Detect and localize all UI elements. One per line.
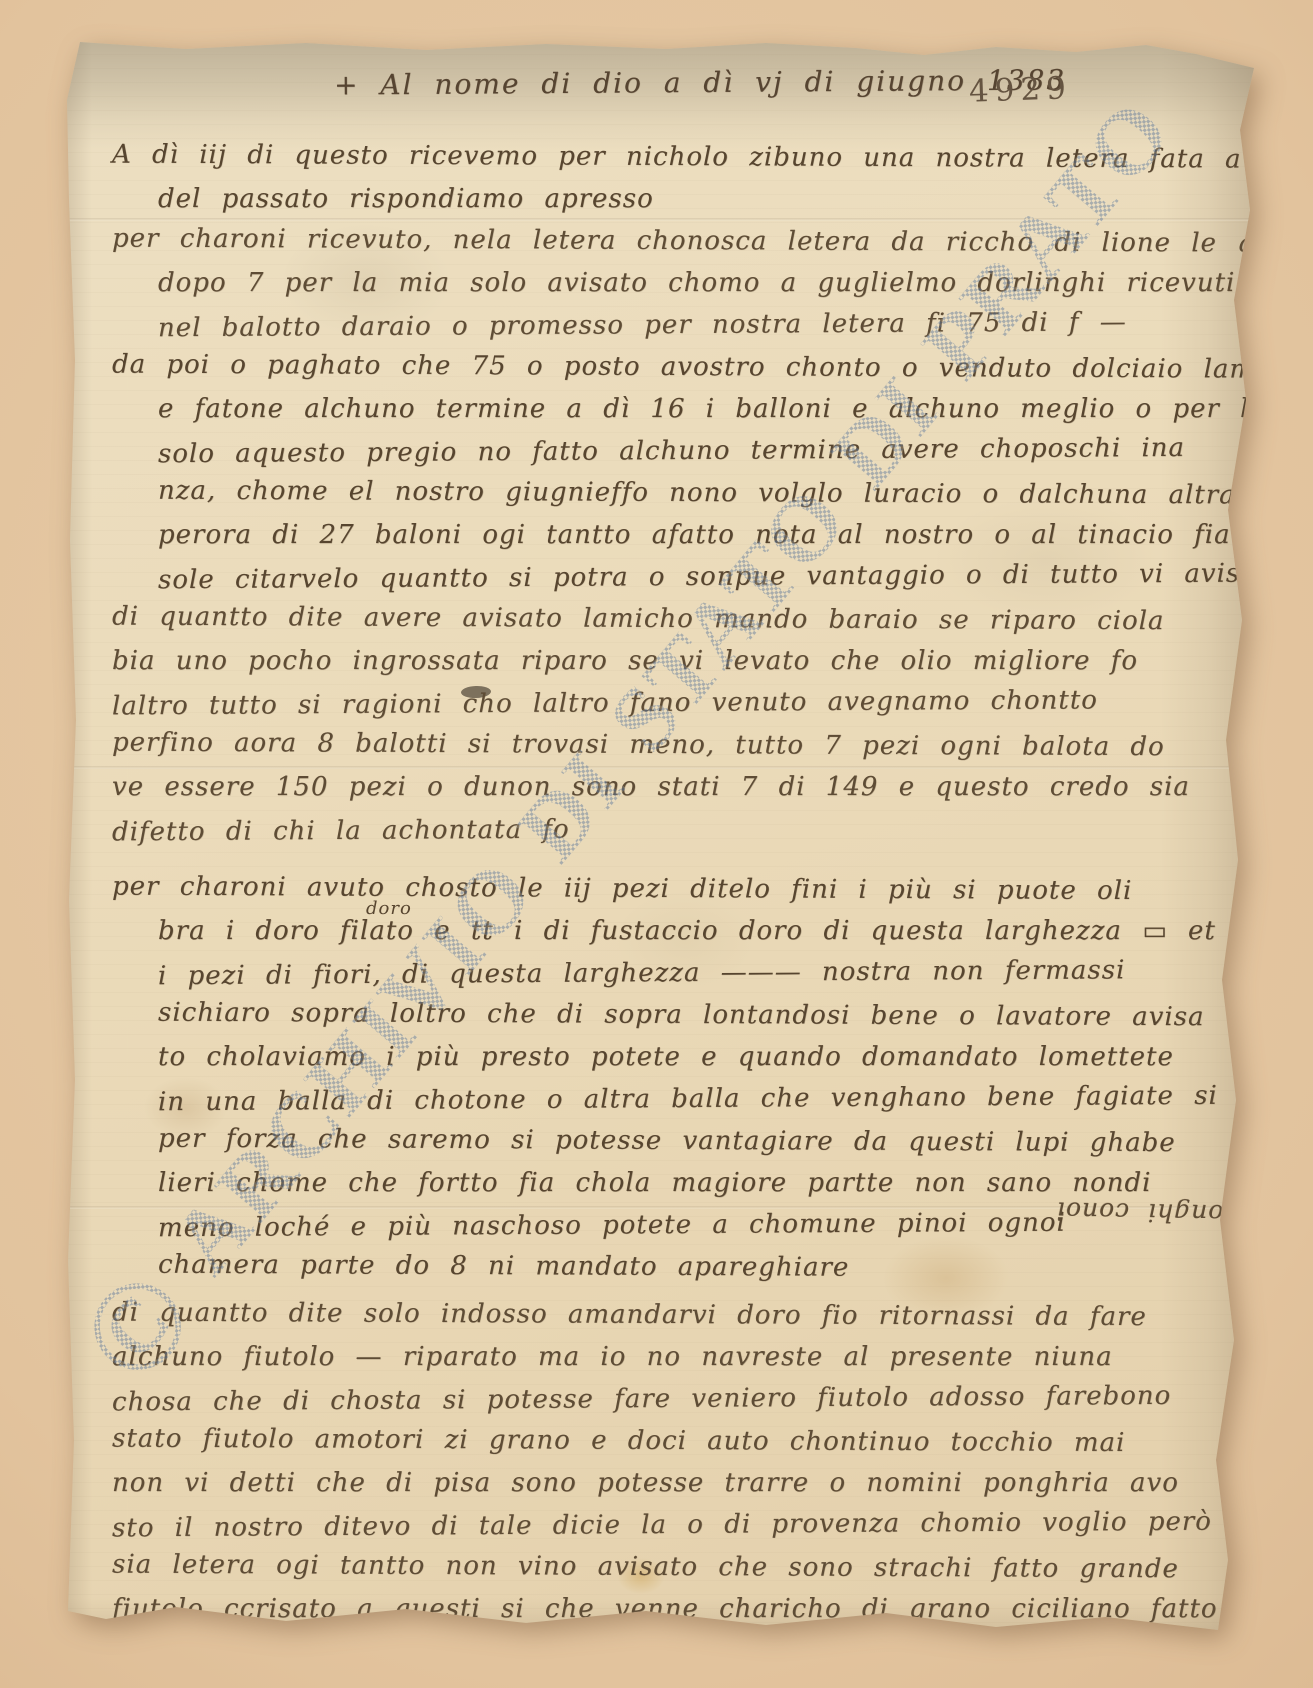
header-invocation: + Al nome di dio a dì vj di giugno 1383: [334, 63, 1066, 101]
manuscript-line: non vi detti che di pisa sono potesse tr…: [112, 1462, 1217, 1504]
manuscript-line: alchuno fiutolo — riparato ma io no navr…: [112, 1336, 1217, 1378]
manuscript-line: nel balotto daraio o promesso per nostra…: [158, 301, 1217, 349]
manuscript-line: solo aquesto pregio no fatto alchuno ter…: [158, 427, 1217, 475]
manuscript-line: i pezi di fiori, di questa larghezza ———…: [158, 949, 1217, 997]
manuscript-line: bia uno pocho ingrossata riparo se vi le…: [112, 640, 1217, 682]
manuscript-line: fiutolo ccrisato a questi si che venne c…: [112, 1588, 1217, 1630]
manuscript-line: perora di 27 baloni ogi tantto afatto no…: [158, 514, 1217, 556]
interlinear-note: doro: [366, 898, 412, 919]
manuscript-line: del passato rispondiamo apresso: [158, 178, 1217, 220]
manuscript-line: sia letera ogi tantto non vino avisato c…: [112, 1544, 1217, 1591]
paragraph: A dì iij di questo ricevemo per nicholo …: [112, 136, 1217, 220]
manuscript-line: stato fiutolo amotori zi grano e doci au…: [112, 1418, 1217, 1465]
manuscript-line: per charoni avuto chosto le iij pezi dit…: [112, 866, 1217, 913]
manuscript-paper-wrap: + Al nome di dio a dì vj di giugno 1383 …: [66, 40, 1256, 1644]
manuscript-line: difetto di chi la achontata fo: [112, 805, 1217, 854]
paragraph: per charoni avuto chosto le iij pezi dit…: [112, 868, 1217, 1288]
paragraph: di quantto dite solo indosso amandarvi d…: [112, 1294, 1217, 1672]
manuscript-line: nza, chome el nostro giugnieffo nono vol…: [158, 470, 1217, 517]
manuscript-line: to cholaviamo i più presto potete e quan…: [158, 1036, 1217, 1078]
manuscript-line: sto il nostro ditevo di tale dicie la o …: [112, 1501, 1217, 1550]
manuscript-line: A dì iij di questo ricevemo per nicholo …: [112, 134, 1217, 181]
manuscript-line: bra i doro filato e tt i di fustaccio do…: [158, 910, 1217, 952]
manuscript-line: sichiaro sopra loltro che di sopra lonta…: [158, 992, 1217, 1039]
manuscript-line: in una balla di chotone o altra balla ch…: [158, 1075, 1217, 1123]
paragraph: da poi o paghato che 75 o posto avostro …: [112, 346, 1217, 598]
archive-number: 4929: [968, 70, 1072, 110]
manuscript-line: sole citarvelo quantto si potra o sonpue…: [158, 553, 1217, 601]
manuscript-line: e fatone alchuno termine a dì 16 i ballo…: [158, 388, 1217, 430]
manuscript-line: chosa che di chosta si potesse fare veni…: [112, 1375, 1217, 1424]
manuscript-line: dopo 7 per la mia solo avisato chomo a g…: [158, 262, 1217, 304]
manuscript-line: di quantto dite avere avisato lamicho ma…: [112, 596, 1217, 643]
text-block: A dì iij di questo ricevemo per nicholo …: [112, 136, 1217, 1672]
manuscript-line: ve essere 150 pezi o dunon sono stati 7 …: [112, 766, 1217, 808]
manuscript-line: perfino aora 8 balotti si trovasi meno, …: [112, 722, 1217, 769]
manuscript-line: per forza che saremo si potesse vantagia…: [158, 1118, 1217, 1165]
manuscript-line: da poi o paghato che 75 o posto avostro …: [112, 344, 1217, 391]
manuscript-line: di quantto dite solo indosso amandarvi d…: [112, 1292, 1217, 1339]
paragraph: di quantto dite avere avisato lamicho ma…: [112, 598, 1217, 850]
manuscript-line: per charoni ricevuto, nela letera chonos…: [112, 218, 1217, 265]
paragraph: per charoni ricevuto, nela letera chonos…: [112, 220, 1217, 346]
upside-down-note: longhi conoi: [1056, 1196, 1233, 1228]
manuscript-paper: + Al nome di dio a dì vj di giugno 1383 …: [66, 40, 1256, 1644]
manuscript-line: laltro tutto si ragioni cho laltro fano …: [112, 679, 1217, 728]
manuscript-line: chamera parte do 8 ni mandato apareghiar…: [158, 1244, 1217, 1291]
